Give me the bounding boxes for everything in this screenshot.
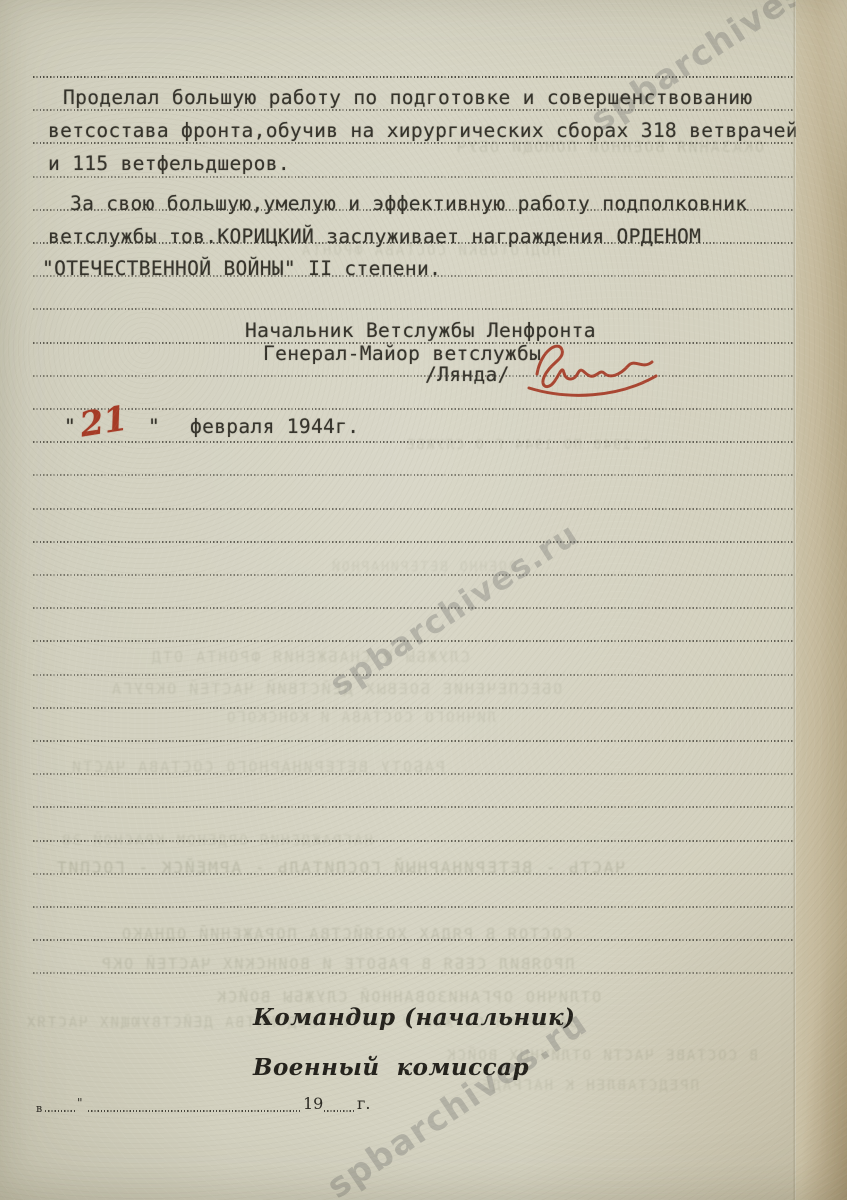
form-year-suffix: г.	[357, 1094, 370, 1113]
ruled-line	[33, 873, 793, 875]
ruled-line	[33, 972, 793, 974]
date-day-handwritten: 21	[77, 399, 130, 446]
bleedthrough-text: СЛУЖБЫ И СНАБЖЕНИЯ ФРОНТА ОТД	[150, 648, 470, 666]
signature-title-line2: Генерал-Майор ветслужбы	[263, 343, 541, 365]
ruled-line	[33, 76, 793, 78]
date-open-quote: "	[64, 416, 76, 438]
ruled-line	[33, 574, 793, 576]
ruled-line	[33, 840, 793, 842]
ruled-line	[33, 474, 793, 476]
ruled-line	[33, 773, 793, 775]
ruled-line	[33, 674, 793, 676]
ruled-line	[33, 308, 793, 310]
handwritten-signature	[513, 330, 663, 402]
ruled-line	[33, 906, 793, 908]
ruled-line	[33, 607, 793, 609]
form-prefix: в	[36, 1102, 42, 1115]
page-right-edge	[796, 0, 847, 1200]
paragraph2-line1: За свою большую,умелую и эффективную раб…	[70, 193, 747, 215]
ruled-line	[33, 408, 793, 410]
commander-label: Командир (начальник)	[253, 1004, 575, 1031]
ruled-line	[33, 541, 793, 543]
paragraph2-line3: "ОТЕЧЕСТВЕННОЙ ВОЙНЫ" II степени.	[42, 258, 441, 280]
ruled-line	[33, 806, 793, 808]
bleedthrough-text: ОБЕСПЕЧЕНИЕ БОЕВЫХ ДЕЙСТВИЙ ЧАСТЕЙ ОКРУГ…	[110, 680, 562, 698]
scanned-document-page: ОКАЗАНИЯ ВОЕННОЙ ПОМОЩИ ОБУЧПОДГОТОВКИ С…	[0, 0, 847, 1200]
bleedthrough-text: ВОЕННО ВЕТЕРИНАРНОЙ	[330, 560, 517, 575]
date-rest: февраля 1944г.	[190, 416, 359, 438]
ruled-line	[33, 640, 793, 642]
form-dots-3	[324, 1110, 354, 1112]
form-quote: "	[77, 1096, 83, 1110]
paragraph1-line2: ветсостава фронта,обучив на хирургически…	[48, 120, 798, 142]
form-year: 19	[303, 1094, 323, 1113]
ruled-line	[33, 176, 793, 178]
paragraph2-line2: ветслужбы тов.КОРИЦКИЙ заслуживает награ…	[48, 226, 701, 248]
ruled-line	[33, 375, 793, 377]
ruled-line	[33, 508, 793, 510]
date-close-quote: "	[148, 416, 160, 438]
form-dots-1	[45, 1110, 75, 1112]
signature-name: /Лянда/	[425, 364, 510, 386]
form-dots-2	[88, 1110, 300, 1112]
paragraph1-line1: Проделал большую работу по подготовке и …	[63, 87, 753, 109]
paragraph1-line3: и 115 ветфельдшеров.	[48, 153, 290, 175]
commissar-label: Военный комиссар	[253, 1054, 529, 1081]
ruled-line	[33, 939, 793, 941]
ruled-line	[33, 707, 793, 709]
bleedthrough-text: ЛИЧНОГО СОСТАВА И КОНСКОГО	[225, 710, 496, 726]
ruled-line	[33, 441, 793, 443]
ruled-line	[33, 740, 793, 742]
bleedthrough-text: ПРОЯВИЛ СЕБЯ В РАБОТЕ И ВОИНСКИХ ЧАСТЕЙ …	[100, 955, 574, 973]
ruled-line	[33, 142, 793, 144]
ruled-line	[33, 109, 793, 111]
